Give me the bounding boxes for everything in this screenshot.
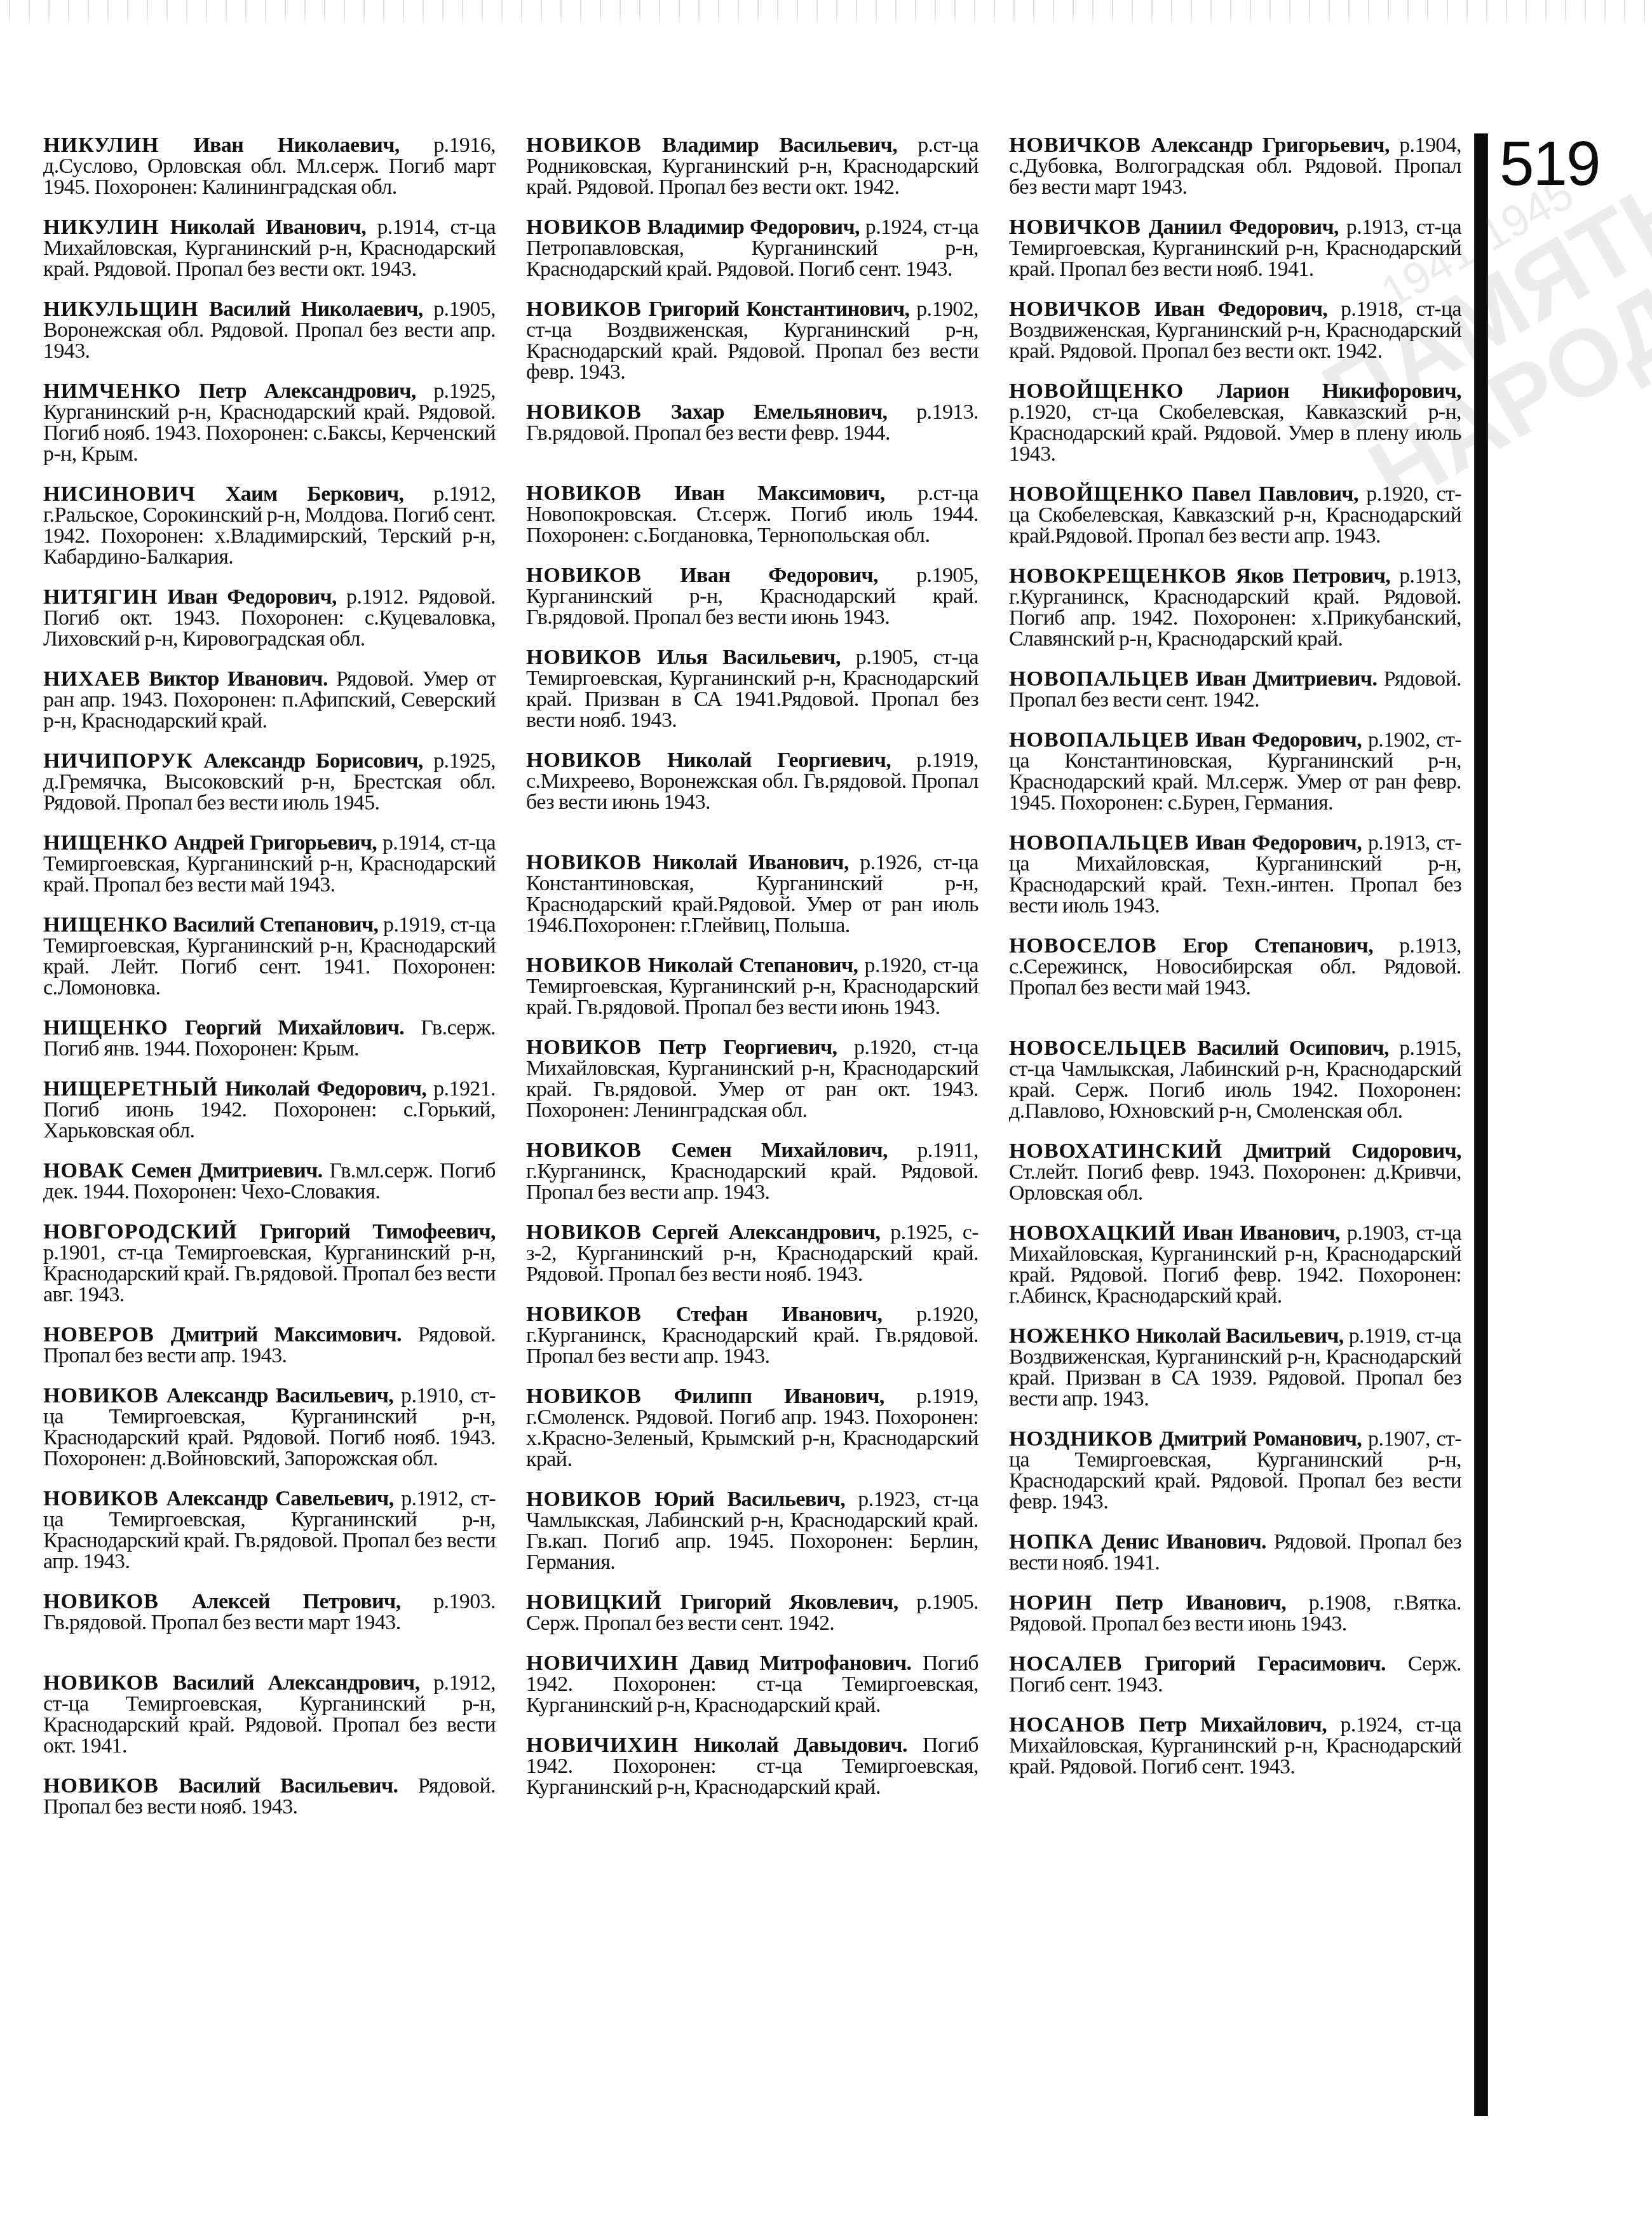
memorial-entry: НОВИКОВ Сергей Александрович, р.1925, с-… [526,1222,978,1285]
entry-given-name: Давид Митрофанович. [689,1651,911,1675]
entry-given-name: Ларион Никифорович, [1217,379,1461,403]
entry-given-name: Николай Васильевич, [1136,1324,1344,1348]
memorial-entry: НОВИЦКИЙ Григорий Яковлевич, р.1905. Сер… [526,1592,978,1634]
memorial-entry: НОВОСЕЛЬЦЕВ Василий Осипович, р.1915, ст… [1009,1038,1461,1122]
entry-given-name: Филипп Иванович, [674,1385,884,1408]
entry-given-name: Иван Федорович, [1195,728,1362,752]
entry-surname: НОВИКОВ [526,215,642,239]
entry-given-name: Иван Федорович, [1154,297,1327,321]
entry-given-name: Андрей Григорьевич, [173,831,377,855]
memorial-entry: НОВИКОВ Николай Степанович, р.1920, ст-ц… [526,955,978,1018]
text-column-1: НИКУЛИН Иван Николаевич, р.1916, д.Сусло… [43,135,496,1836]
memorial-entry: НОВИКОВ Захар Емельянович, р.1913. Гв.ря… [526,402,978,444]
entry-given-name: Григорий Герасимович. [1144,1652,1386,1676]
memorial-entry: НОВИЧИХИН Николай Давыдович. Погиб 1942.… [526,1735,978,1798]
memorial-entry: НОЖЕНКО Николай Васильевич, р.1919, ст-ц… [1009,1326,1461,1409]
memorial-entry: НИЩЕНКО Василий Степанович, р.1919, ст-ц… [43,914,496,998]
entry-surname: НОВИЧКОВ [1009,297,1141,321]
entry-details: р.1920, ст-ца Скобелевская, Кавказский р… [1009,400,1461,466]
memorial-entry: НИЧИПОРУК Александр Борисович, р.1925, д… [43,750,496,813]
entry-given-name: Сергей Александрович, [652,1221,881,1244]
memorial-entry: НОВОХАЦКИЙ Иван Иванович, р.1903, ст-ца … [1009,1223,1461,1306]
entry-surname: НОВОПАЛЬЦЕВ [1009,667,1189,691]
entry-surname: НОЗДНИКОВ [1009,1427,1153,1451]
entry-surname: НОВИКОВ [43,1671,159,1695]
entry-given-name: Захар Емельянович, [671,400,888,424]
memorial-entry: НОВИКОВ Василий Александрович, р.1912, с… [43,1672,496,1756]
memorial-entry: НОВИКОВ Владимир Федорович, р.1924, ст-ц… [526,217,978,280]
memorial-entry: НОВИКОВ Семен Михайлович, р.1911, г.Кург… [526,1140,978,1203]
entry-surname: НИЩЕНКО [43,1016,168,1040]
memorial-entry: НОВОСЕЛОВ Егор Степанович, р.1913, с.Сер… [1009,935,1461,998]
entry-surname: НОСАЛЕВ [1009,1652,1122,1676]
entry-given-name: Стефан Иванович, [676,1303,882,1326]
entry-surname: НОРИН [1009,1591,1093,1615]
entry-surname: НИМЧЕНКО [43,379,181,403]
memorial-entry: НОВИКОВ Юрий Васильевич, р.1923, ст-ца Ч… [526,1489,978,1573]
memorial-entry: НИХАЕВ Виктор Иванович. Рядовой. Умер от… [43,668,496,731]
entry-given-name: Григорий Тимофеевич, [259,1220,496,1244]
entry-given-name: Василий Осипович, [1197,1036,1389,1060]
entry-surname: НОВИКОВ [526,297,642,321]
memorial-entry: НОСАНОВ Петр Михайлович, р.1924, ст-ца М… [1009,1714,1461,1777]
memorial-entry: НОРИН Петр Иванович, р.1908, г.Вятка. Ря… [1009,1592,1461,1634]
entry-given-name: Дмитрий Максимович. [171,1323,402,1346]
entry-given-name: Василий Степанович, [173,913,378,937]
entry-given-name: Юрий Васильевич, [654,1488,845,1511]
entry-given-name: Александр Борисович, [203,749,423,773]
memorial-entry: НОВИЧКОВ Александр Григорьевич, р.1904, … [1009,135,1461,198]
entry-surname: НОВИЧИХИН [526,1733,679,1757]
entry-surname: НОВИКОВ [526,851,642,874]
entry-surname: НИКУЛЬЩИН [43,297,198,321]
entry-surname: НОВИКОВ [526,482,642,505]
memorial-entry: НОВИКОВ Владимир Васильевич, р.ст-ца Род… [526,135,978,198]
entry-surname: НОВИКОВ [43,1590,159,1613]
entry-given-name: Петр Георгиевич, [659,1036,837,1059]
entry-surname: НОВИКОВ [526,564,642,587]
entry-given-name: Василий Николаевич, [209,297,423,321]
entry-given-name: Алексей Петрович, [192,1590,401,1613]
entry-given-name: Василий Александрович, [173,1671,420,1695]
entry-given-name: Василий Васильевич. [179,1774,398,1798]
entry-surname: НОЖЕНКО [1009,1324,1131,1348]
memorial-entry: НОВИКОВ Александр Васильевич, р.1910, ст… [43,1385,496,1469]
entry-surname: НИКУЛИН [43,133,159,157]
entry-surname: НИТЯГИН [43,585,158,609]
memorial-entry: НИСИНОВИЧ Хаим Беркович, р.1912, г.Ральс… [43,484,496,567]
entry-surname: НОВИКОВ [526,646,642,669]
entry-given-name: Александр Васильевич, [166,1384,394,1407]
memorial-entry: НОПКА Денис Иванович. Рядовой. Пропал бе… [1009,1531,1461,1573]
entry-given-name: Григорий Константинович, [649,297,910,321]
entry-surname: НОПКА [1009,1530,1094,1554]
entry-surname: НОВГОРОДСКИЙ [43,1220,238,1244]
entry-surname: НОВИКОВ [526,133,642,157]
entry-surname: НОСАНОВ [1009,1713,1125,1737]
entry-given-name: Александр Григорьевич, [1151,133,1390,157]
memorial-entry: НОВОПАЛЬЦЕВ Иван Федорович, р.1902, ст-ц… [1009,729,1461,813]
entry-given-name: Петр Александрович, [199,379,416,403]
entry-surname: НОВИКОВ [526,1385,642,1408]
entry-surname: НОВИКОВ [43,1487,159,1510]
memorial-entry: НОВИКОВ Иван Максимович, р.ст-ца Новопок… [526,483,978,546]
entry-surname: НОВИЧКОВ [1009,133,1141,157]
entry-surname: НОВОСЕЛОВ [1009,934,1157,958]
entry-surname: НОВИЦКИЙ [526,1590,662,1614]
scan-noise-top-edge [0,0,1652,25]
entry-surname: НОВИЧИХИН [526,1651,679,1675]
memorial-entry: НИМЧЕНКО Петр Александрович, р.1925, Кур… [43,381,496,464]
entry-given-name: Петр Михайлович, [1139,1713,1327,1737]
entry-surname: НОВИКОВ [526,1036,642,1059]
entry-surname: НИКУЛИН [43,215,159,239]
memorial-entry: НОВЕРОВ Дмитрий Максимович. Рядовой. Про… [43,1324,496,1366]
memorial-entry: НОВИКОВ Иван Федорович, р.1905, Курганин… [526,565,978,628]
entry-surname: НОВИКОВ [43,1384,159,1407]
entry-given-name: Николай Федорович, [225,1077,426,1101]
entry-given-name: Дмитрий Сидорович, [1243,1139,1461,1163]
entry-given-name: Иван Дмитриевич. [1196,667,1377,691]
memorial-entry: НИКУЛИН Иван Николаевич, р.1916, д.Сусло… [43,135,496,198]
entry-given-name: Николай Иванович, [653,851,848,874]
entry-details: Ст.лейт. Погиб февр. 1943. Похоронен: д.… [1009,1160,1461,1205]
memorial-entry: НОВИКОВ Петр Георгиевич, р.1920, ст-ца М… [526,1037,978,1121]
entry-given-name: Владимир Федорович, [647,215,860,239]
entry-given-name: Павел Павлович, [1192,482,1358,506]
entry-surname: НОВИКОВ [526,749,642,772]
entry-given-name: Иван Иванович, [1182,1221,1340,1245]
entry-given-name: Григорий Яковлевич, [680,1590,898,1614]
memorial-entry: НОВОЙЩЕНКО Ларион Никифорович, р.1920, с… [1009,381,1461,464]
entry-given-name: Николай Иванович, [170,215,366,239]
entry-given-name: Семен Михайлович, [671,1139,887,1162]
memorial-entry: НОВАК Семен Дмитриевич. Гв.мл.серж. Поги… [43,1160,496,1202]
entry-given-name: Николай Давыдович. [694,1733,907,1757]
entry-given-name: Иван Николаевич, [193,133,399,157]
entry-surname: НОВИКОВ [526,954,642,977]
entry-details: р.1901, ст-ца Темиргоевская, Курганински… [43,1241,496,1306]
entry-surname: НОВОКРЕЩЕНКОВ [1009,564,1227,588]
entry-given-name: Яков Петрович, [1235,564,1390,588]
memorial-entry: НИТЯГИН Иван Федорович, р.1912. Рядовой.… [43,587,496,649]
entry-surname: НИЩЕРЕТНЫЙ [43,1077,218,1101]
memorial-entry: НОЗДНИКОВ Дмитрий Романович, р.1907, ст-… [1009,1428,1461,1512]
entry-surname: НИХАЕВ [43,667,140,691]
entry-surname: НОВИКОВ [43,1774,159,1798]
memorial-entry: НОВИКОВ Василий Васильевич. Рядовой. Про… [43,1775,496,1817]
entry-given-name: Владимир Васильевич, [662,133,897,157]
entry-surname: НОВОПАЛЬЦЕВ [1009,831,1189,855]
memorial-entry: НОВИКОВ Григорий Константинович, р.1902,… [526,299,978,383]
memorial-entry: НОВОХАТИНСКИЙ Дмитрий Сидорович, Ст.лейт… [1009,1141,1461,1204]
entry-surname: НОВЕРОВ [43,1323,154,1346]
entry-given-name: Дмитрий Романович, [1160,1427,1362,1451]
entry-surname: НОВИКОВ [526,1221,642,1244]
entry-surname: НОВАК [43,1159,125,1183]
memorial-entry: НИКУЛЬЩИН Василий Николаевич, р.1905, Во… [43,299,496,362]
entry-surname: НОВОЙЩЕНКО [1009,379,1184,403]
entry-given-name: Хаим Беркович, [226,482,404,506]
memorial-entry: НОВИКОВ Александр Савельевич, р.1912, ст… [43,1488,496,1572]
entry-surname: НОВОХАЦКИЙ [1009,1221,1175,1245]
entry-surname: НОВИКОВ [526,400,642,424]
memorial-entry: НОВИКОВ Филипп Иванович, р.1919, г.Смоле… [526,1386,978,1470]
entry-given-name: Петр Иванович, [1115,1591,1286,1615]
memorial-entry: НОВИКОВ Стефан Иванович, р.1920, г.Курга… [526,1304,978,1367]
entry-surname: НИЩЕНКО [43,913,168,937]
entry-given-name: Иван Федорович, [680,564,878,587]
page-number: 519 [1500,132,1600,194]
entry-given-name: Илья Васильевич, [657,646,841,669]
memorial-entry: НОВИЧКОВ Даниил Федорович, р.1913, ст-ца… [1009,217,1461,280]
memorial-entry: НОВОЙЩЕНКО Павел Павлович, р.1920, ст-ца… [1009,484,1461,546]
memorial-entry: НОВОКРЕЩЕНКОВ Яков Петрович, р.1913, г.К… [1009,566,1461,649]
text-column-2: НОВИКОВ Владимир Васильевич, р.ст-ца Род… [526,135,978,1817]
entry-given-name: Николай Степанович, [648,954,858,977]
memorial-entry: НОСАЛЕВ Григорий Герасимович. Серж. Поги… [1009,1653,1461,1695]
memorial-entry: НОВИЧИХИН Давид Митрофанович. Погиб 1942… [526,1653,978,1716]
text-column-3: НОВИЧКОВ Александр Григорьевич, р.1904, … [1009,135,1461,1796]
entry-surname: НИЩЕНКО [43,831,168,855]
memorial-entry: НОВОПАЛЬЦЕВ Иван Дмитриевич. Рядовой. Пр… [1009,668,1461,710]
entry-given-name: Иван Федорович, [1195,831,1362,855]
memorial-entry: НОВИЧКОВ Иван Федорович, р.1918, ст-ца В… [1009,299,1461,362]
entry-surname: НОВИЧКОВ [1009,215,1141,239]
memorial-entry: НОВИКОВ Илья Васильевич, р.1905, ст-ца Т… [526,647,978,731]
entry-given-name: Александр Савельевич, [166,1487,394,1510]
memorial-entry: НОВИКОВ Николай Георгиевич, р.1919, с.Ми… [526,750,978,813]
entry-given-name: Денис Иванович. [1101,1530,1266,1554]
memorial-entry: НИКУЛИН Николай Иванович, р.1914, ст-ца … [43,217,496,280]
memorial-entry: НОВГОРОДСКИЙ Григорий Тимофеевич, р.1901… [43,1221,496,1305]
entry-given-name: Виктор Иванович. [149,667,328,691]
memorial-entry: НИЩЕНКО Георгий Михайлович. Гв.серж. Пог… [43,1017,496,1059]
entry-surname: НОВОЙЩЕНКО [1009,482,1184,506]
entry-surname: НОВОСЕЛЬЦЕВ [1009,1036,1187,1060]
entry-given-name: Иван Федорович, [167,585,337,609]
page-margin-rule [1474,133,1488,2116]
entry-surname: НОВОХАТИНСКИЙ [1009,1139,1222,1163]
entry-surname: НОВИКОВ [526,1303,642,1326]
memorial-entry: НИЩЕРЕТНЫЙ Николай Федорович, р.1921. По… [43,1078,496,1141]
entry-given-name: Иван Максимович, [675,482,885,505]
entry-surname: НИЧИПОРУК [43,749,193,773]
memorial-entry: НИЩЕНКО Андрей Григорьевич, р.1914, ст-ц… [43,832,496,895]
entry-surname: НОВИКОВ [526,1488,642,1511]
entry-surname: НОВИКОВ [526,1139,642,1162]
entry-given-name: Николай Георгиевич, [667,749,891,772]
memorial-entry: НОВИКОВ Алексей Петрович, р.1903. Гв.ряд… [43,1591,496,1633]
entry-given-name: Даниил Федорович, [1149,215,1339,239]
entry-given-name: Егор Степанович, [1183,934,1373,958]
memorial-entry: НОВИКОВ Николай Иванович, р.1926, ст-ца … [526,852,978,936]
entry-given-name: Семен Дмитриевич. [131,1159,322,1183]
entry-surname: НОВОПАЛЬЦЕВ [1009,728,1189,752]
entry-given-name: Георгий Михайлович. [185,1016,405,1040]
entry-surname: НИСИНОВИЧ [43,482,196,506]
memorial-entry: НОВОПАЛЬЦЕВ Иван Федорович, р.1913, ст-ц… [1009,832,1461,916]
